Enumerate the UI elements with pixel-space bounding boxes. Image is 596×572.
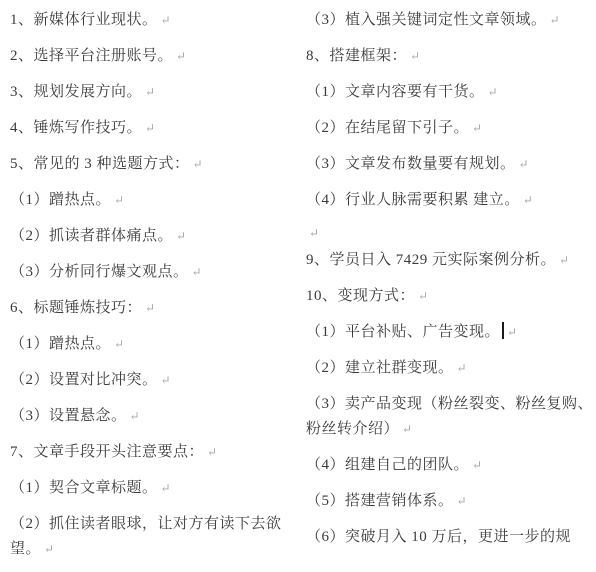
paragraph-return-mark-icon: ↵ [559, 253, 569, 267]
paragraph-line: ↵ [306, 224, 596, 242]
paragraph-line: （3）分析同行爆文观点。↵ [10, 260, 300, 285]
paragraph-return-mark-icon: ↵ [472, 458, 482, 472]
paragraph-return-mark-icon: ↵ [472, 121, 482, 135]
paragraph-return-mark-icon: ↵ [523, 193, 533, 207]
paragraph[interactable]: （6）突破月入 10 万后，更进一步的规 [306, 525, 596, 550]
paragraph[interactable]: （3）设置悬念。↵ [10, 404, 300, 429]
paragraph-return-mark-icon: ↵ [161, 373, 171, 387]
paragraph-line: （2）建立社群变现。↵ [306, 356, 596, 381]
paragraph[interactable]: （2）设置对比冲突。↵ [10, 368, 300, 393]
paragraph-return-mark-icon: ↵ [457, 361, 467, 375]
paragraph-return-mark-icon: ↵ [161, 481, 171, 495]
paragraph[interactable]: 5、常见的 3 种选题方式：↵ [10, 152, 300, 177]
paragraph-return-mark-icon: ↵ [519, 157, 529, 171]
paragraph-line: （1）蹭热点。↵ [10, 332, 300, 357]
paragraph[interactable]: 8、搭建框架：↵ [306, 44, 596, 69]
paragraph-line: （5）搭建营销体系。↵ [306, 489, 596, 514]
paragraph[interactable]: （2）在结尾留下引子。↵ [306, 116, 596, 141]
paragraph-line: 2、选择平台注册账号。↵ [10, 44, 300, 69]
paragraph-line: 10、变现方式：↵ [306, 284, 596, 309]
paragraph[interactable]: （3）植入强关键词定性文章领域。↵ [306, 8, 596, 33]
paragraph-line: 5、常见的 3 种选题方式：↵ [10, 152, 300, 177]
paragraph-line: （2）设置对比冲突。↵ [10, 368, 300, 393]
paragraph-return-mark-icon: ↵ [114, 337, 124, 351]
paragraph-line: 粉丝转介绍）↵ [306, 417, 596, 442]
paragraph[interactable]: （3）文章发布数量要有规划。↵ [306, 152, 596, 177]
paragraph[interactable]: （1）蹭热点。↵ [10, 188, 300, 213]
paragraph-return-mark-icon: ↵ [457, 494, 467, 508]
paragraph-line: （1）平台补贴、广告变现。↵ [306, 320, 596, 345]
paragraph-return-mark-icon: ↵ [550, 13, 560, 27]
paragraph-line: （3）植入强关键词定性文章领域。↵ [306, 8, 596, 33]
paragraph[interactable]: （1）文章内容要有干货。↵ [306, 80, 596, 105]
paragraph-return-mark-icon: ↵ [207, 445, 217, 459]
paragraph-return-mark-icon: ↵ [145, 301, 155, 315]
paragraph-line: 4、锤炼写作技巧。↵ [10, 116, 300, 141]
paragraph-line: （2）抓住读者眼球，让对方有读下去欲 [10, 512, 300, 537]
paragraph[interactable]: 4、锤炼写作技巧。↵ [10, 116, 300, 141]
paragraph-line: （4）行业人脉需要积累 建立。↵ [306, 188, 596, 213]
paragraph[interactable]: （1）契合文章标题。↵ [10, 476, 300, 501]
document-column-right: （3）植入强关键词定性文章领域。↵8、搭建框架：↵（1）文章内容要有干货。↵（2… [306, 0, 596, 561]
paragraph-line: （3）设置悬念。↵ [10, 404, 300, 429]
paragraph[interactable]: 9、学员日入 7429 元实际案例分析。↵ [306, 248, 596, 273]
empty-paragraph[interactable]: ↵ [306, 224, 596, 242]
paragraph[interactable]: （3）卖产品变现（粉丝裂变、粉丝复购、粉丝转介绍）↵ [306, 392, 596, 442]
paragraph-line: （2）在结尾留下引子。↵ [306, 116, 596, 141]
paragraph-return-mark-icon: ↵ [410, 49, 420, 63]
text-cursor [502, 322, 504, 339]
document-column-left: 1、新媒体行业现状。↵2、选择平台注册账号。↵3、规划发展方向。↵4、锤炼写作技… [10, 0, 300, 572]
paragraph-return-mark-icon: ↵ [193, 157, 203, 171]
paragraph-line: （1）契合文章标题。↵ [10, 476, 300, 501]
paragraph[interactable]: 1、新媒体行业现状。↵ [10, 8, 300, 33]
paragraph-line: （1）蹭热点。↵ [10, 188, 300, 213]
paragraph[interactable]: 6、标题锤炼技巧：↵ [10, 296, 300, 321]
paragraph-return-mark-icon: ↵ [44, 542, 54, 556]
paragraph-line: 3、规划发展方向。↵ [10, 80, 300, 105]
paragraph[interactable]: （3）分析同行爆文观点。↵ [10, 260, 300, 285]
paragraph-line: 望。↵ [10, 537, 300, 562]
paragraph[interactable]: （2）抓读者群体痛点。↵ [10, 224, 300, 249]
paragraph-return-mark-icon: ↵ [507, 325, 517, 339]
paragraph-line: 1、新媒体行业现状。↵ [10, 8, 300, 33]
paragraph-return-mark-icon: ↵ [145, 85, 155, 99]
paragraph-return-mark-icon: ↵ [309, 226, 319, 240]
paragraph[interactable]: 3、规划发展方向。↵ [10, 80, 300, 105]
paragraph-line: 9、学员日入 7429 元实际案例分析。↵ [306, 248, 596, 273]
document-page: 1、新媒体行业现状。↵2、选择平台注册账号。↵3、规划发展方向。↵4、锤炼写作技… [0, 0, 596, 572]
paragraph-return-mark-icon: ↵ [402, 422, 412, 436]
paragraph[interactable]: （1）平台补贴、广告变现。↵ [306, 320, 596, 345]
paragraph-return-mark-icon: ↵ [161, 13, 171, 27]
paragraph-return-mark-icon: ↵ [192, 265, 202, 279]
paragraph-line: （3）文章发布数量要有规划。↵ [306, 152, 596, 177]
paragraph-line: 6、标题锤炼技巧：↵ [10, 296, 300, 321]
paragraph-line: （1）文章内容要有干货。↵ [306, 80, 596, 105]
paragraph[interactable]: （1）蹭热点。↵ [10, 332, 300, 357]
paragraph[interactable]: （2）抓住读者眼球，让对方有读下去欲望。↵ [10, 512, 300, 562]
paragraph-return-mark-icon: ↵ [114, 193, 124, 207]
paragraph-line: （6）突破月入 10 万后，更进一步的规 [306, 525, 596, 550]
paragraph-line: （4）组建自己的团队。↵ [306, 453, 596, 478]
paragraph-line: （2）抓读者群体痛点。↵ [10, 224, 300, 249]
paragraph[interactable]: （4）行业人脉需要积累 建立。↵ [306, 188, 596, 213]
paragraph[interactable]: 2、选择平台注册账号。↵ [10, 44, 300, 69]
paragraph[interactable]: （5）搭建营销体系。↵ [306, 489, 596, 514]
paragraph-return-mark-icon: ↵ [145, 121, 155, 135]
paragraph-line: 8、搭建框架：↵ [306, 44, 596, 69]
paragraph[interactable]: 10、变现方式：↵ [306, 284, 596, 309]
paragraph[interactable]: （2）建立社群变现。↵ [306, 356, 596, 381]
paragraph-return-mark-icon: ↵ [130, 409, 140, 423]
paragraph[interactable]: 7、文章手段开头注意要点：↵ [10, 440, 300, 465]
paragraph-return-mark-icon: ↵ [176, 49, 186, 63]
paragraph-line: 7、文章手段开头注意要点：↵ [10, 440, 300, 465]
paragraph[interactable]: （4）组建自己的团队。↵ [306, 453, 596, 478]
paragraph-return-mark-icon: ↵ [176, 229, 186, 243]
paragraph-line: （3）卖产品变现（粉丝裂变、粉丝复购、 [306, 392, 596, 417]
paragraph-return-mark-icon: ↵ [418, 289, 428, 303]
paragraph-return-mark-icon: ↵ [488, 85, 498, 99]
